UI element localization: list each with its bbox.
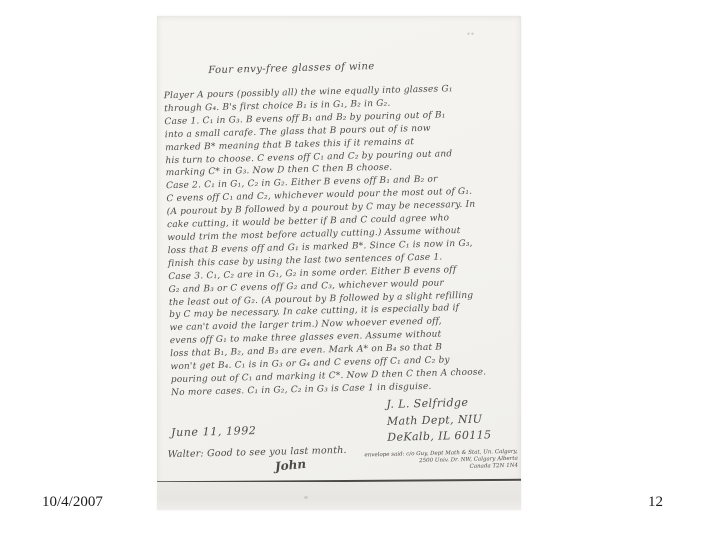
letter-closing-note: Walter: Good to see you last month. <box>167 445 346 460</box>
sender-address-line: DeKalb, IL 60115 <box>387 427 492 446</box>
letter-date: June 11, 1992 <box>171 424 257 439</box>
letter-signature: John <box>274 457 306 474</box>
letter-body: Player A pours (possibly all) the wine e… <box>164 82 522 400</box>
paper-smudge-mark <box>467 33 474 35</box>
letter-content: Four envy-free glasses of wine Player A … <box>151 12 527 515</box>
slide-page-number: 12 <box>648 494 663 511</box>
sender-address-block: J. L. SelfridgeMath Dept, NIUDeKalb, IL … <box>386 394 491 446</box>
scanned-letter: Four envy-free glasses of wine Player A … <box>157 16 521 510</box>
envelope-note-block: envelope said: c/o Guy, Dept Math & Stat… <box>346 449 518 475</box>
scan-smudge-dot <box>304 496 308 499</box>
scan-bottom-band <box>157 482 521 510</box>
slide-footer-date: 10/4/2007 <box>42 494 103 511</box>
letter-title: Four envy-free glasses of wine <box>208 61 375 76</box>
presentation-slide: Four envy-free glasses of wine Player A … <box>0 0 720 540</box>
